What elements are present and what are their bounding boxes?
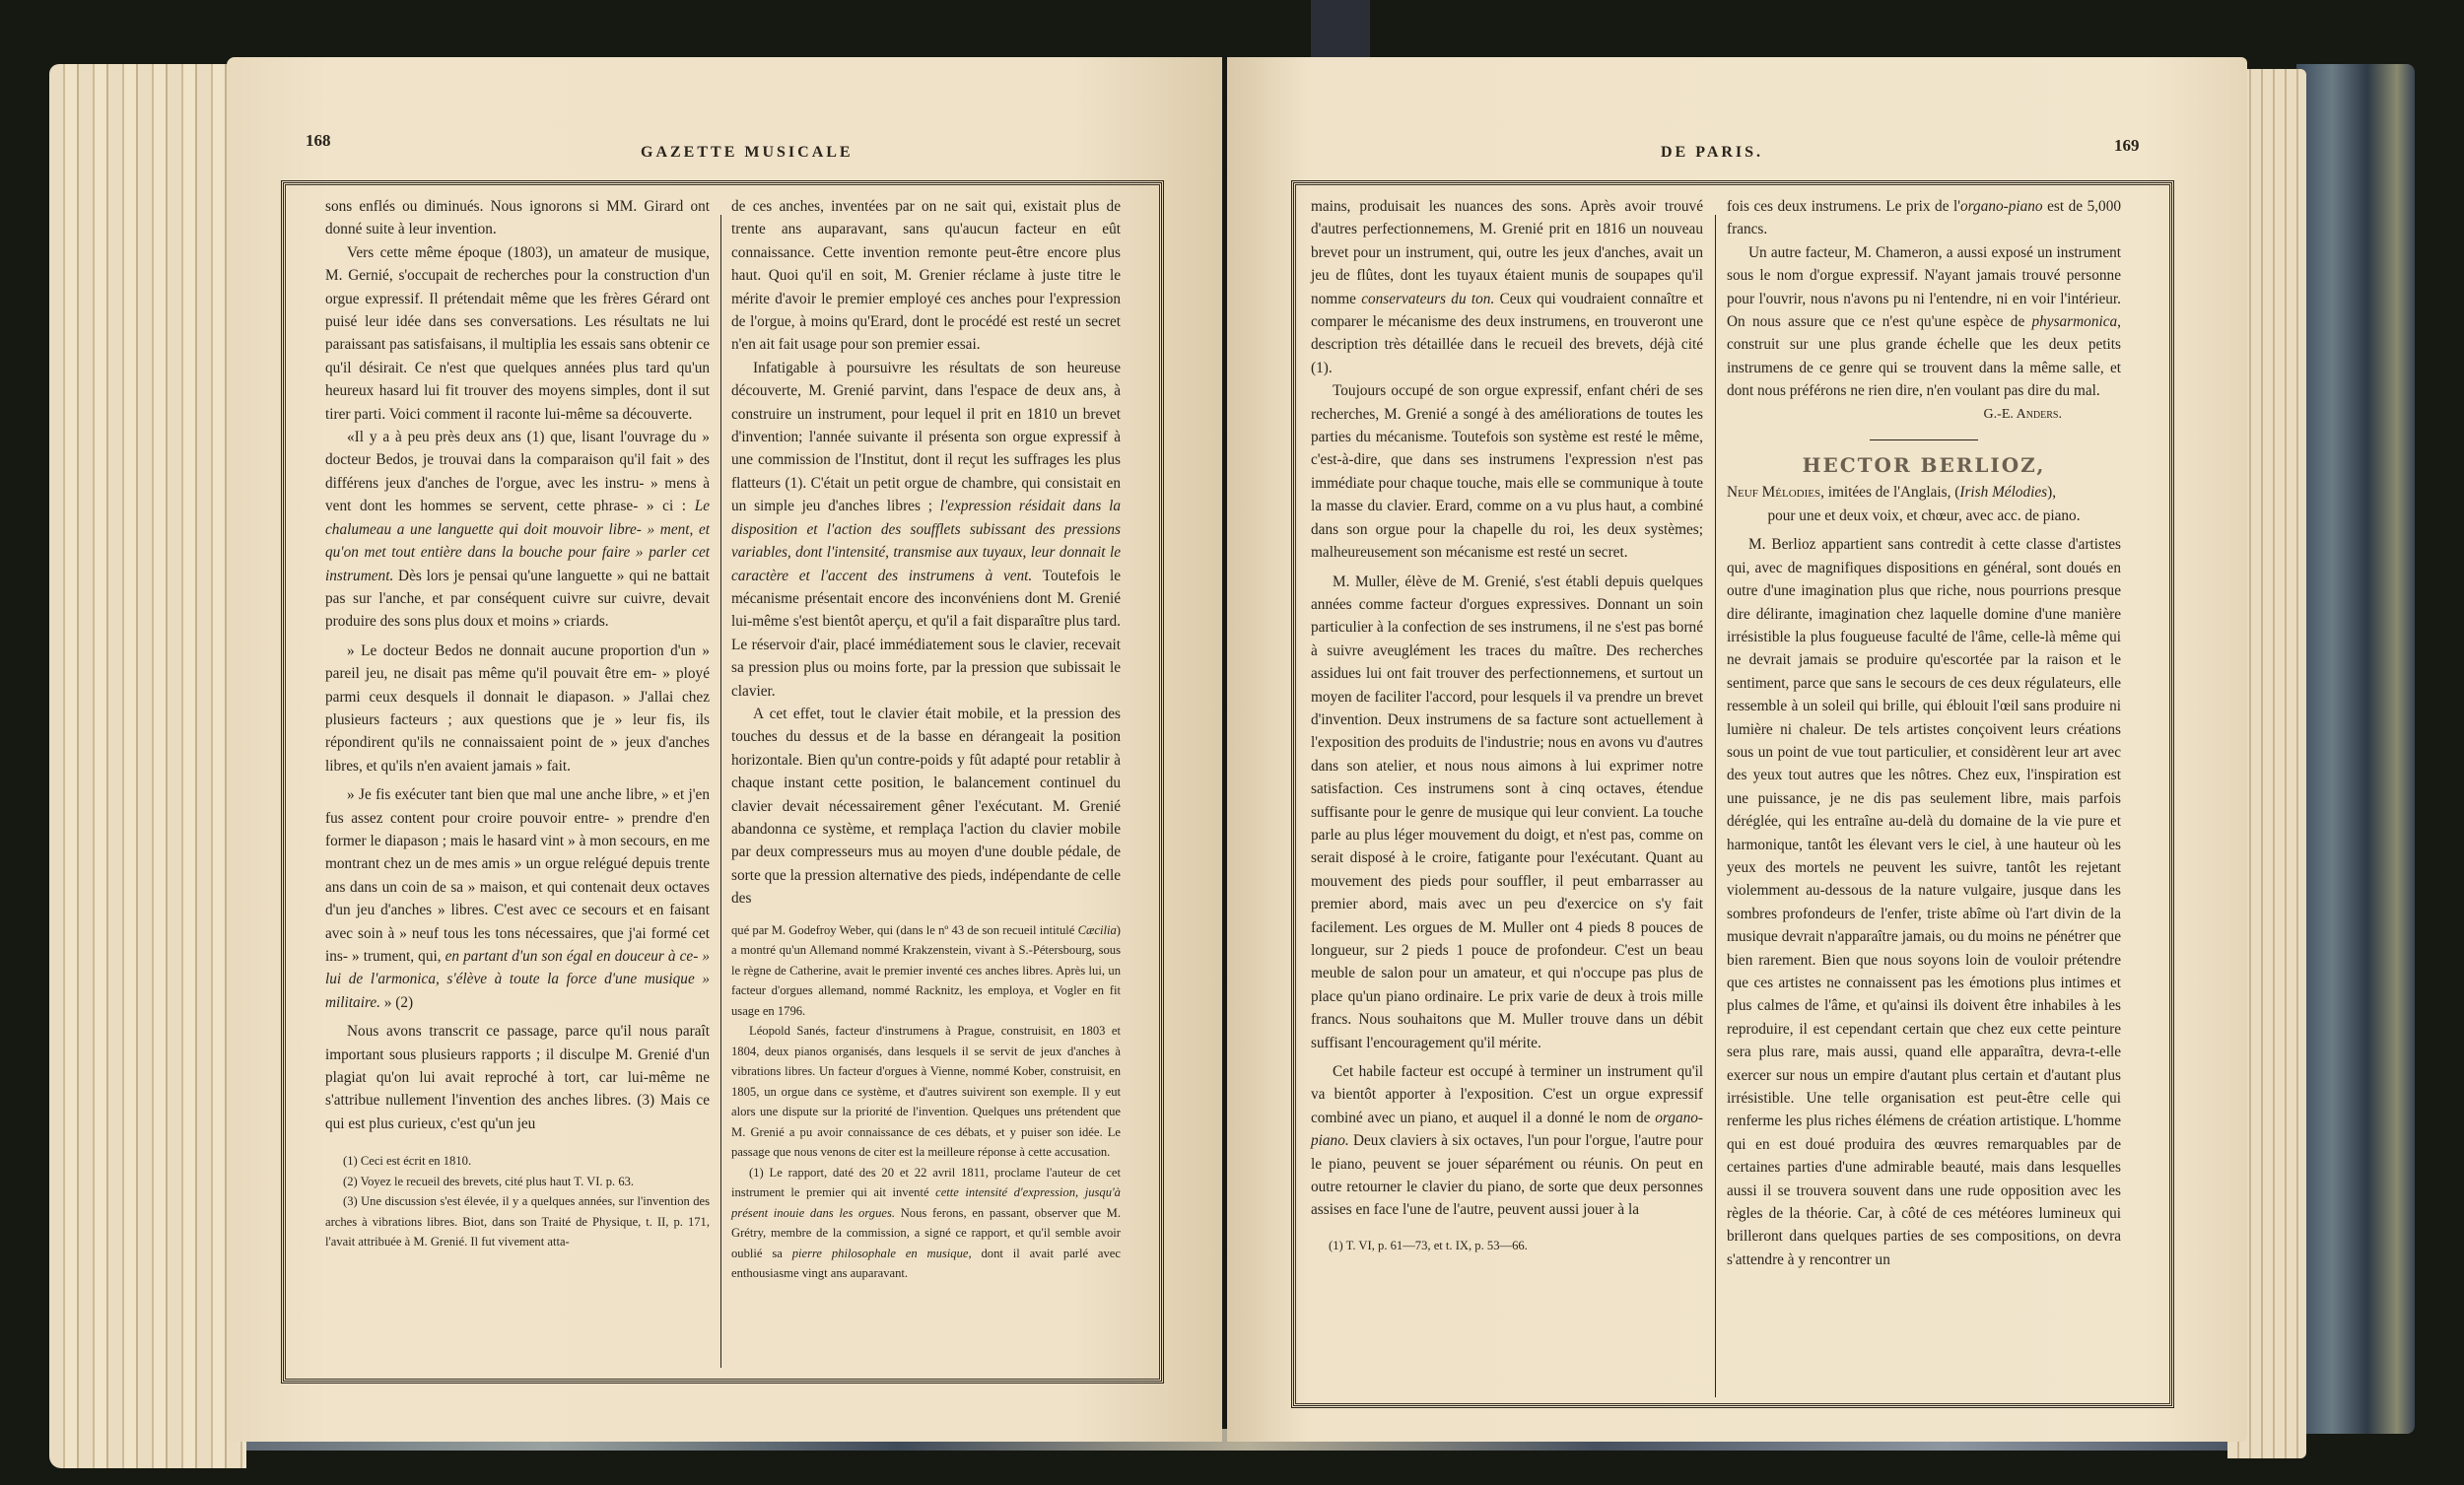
paragraph: Infatigable à poursuivre les résultats d…	[731, 357, 1121, 703]
footnote-continuation: qué par M. Godefroy Weber, qui (dans le …	[731, 920, 1121, 1022]
column-2: fois ces deux instrumens. Le prix de l'o…	[1727, 195, 2121, 1271]
quote-paragraph: » Le docteur Bedos ne donnait aucune pro…	[325, 640, 710, 777]
footnote: (1) Le rapport, daté des 20 et 22 avril …	[731, 1163, 1121, 1284]
paragraph: M. Berlioz appartient sans contredit à c…	[1727, 533, 2121, 1271]
paragraph: Nous avons transcrit ce passage, parce q…	[325, 1020, 710, 1135]
page-number: 168	[306, 131, 331, 151]
article-subtitle: Neuf Mélodies, imitées de l'Anglais, (Ir…	[1727, 481, 2121, 504]
running-head: DE PARIS.	[1661, 144, 1763, 162]
column-1: mains, produisait les nuances des sons. …	[1311, 195, 1703, 1255]
paragraph: Cet habile facteur est occupé à terminer…	[1311, 1060, 1703, 1222]
paragraph: A cet effet, tout le clavier était mobil…	[731, 703, 1121, 911]
page-number: 169	[2114, 136, 2140, 156]
footnote-continuation: Léopold Sanés, facteur d'instrumens à Pr…	[731, 1021, 1121, 1163]
paragraph: sons enflés ou diminués. Nous ignorons s…	[325, 195, 710, 241]
paragraph: Vers cette même époque (1803), un amateu…	[325, 241, 710, 426]
column-1: sons enflés ou diminués. Nous ignorons s…	[325, 195, 710, 1252]
footnote: (2) Voyez le recueil des brevets, cité p…	[325, 1172, 710, 1192]
article-subtitle: pour une et deux voix, et chœur, avec ac…	[1727, 505, 2121, 527]
footnotes: (1) Ceci est écrit en 1810. (2) Voyez le…	[325, 1151, 710, 1252]
section-divider	[1870, 439, 1978, 440]
left-page: 168 GAZETTE MUSICALE sons enflés ou dimi…	[227, 57, 1222, 1442]
paragraph: de ces anches, inventées par on ne sait …	[731, 195, 1121, 357]
footnotes: (1) T. VI, p. 61—73, et t. IX, p. 53—66.	[1311, 1236, 1703, 1256]
paragraph: mains, produisait les nuances des sons. …	[1311, 195, 1703, 379]
article-heading: HECTOR BERLIOZ,	[1727, 454, 2121, 477]
column-rule	[1715, 215, 1716, 1397]
right-page: DE PARIS. 169 mains, produisait les nuan…	[1227, 57, 2247, 1442]
running-head: GAZETTE MUSICALE	[641, 144, 854, 162]
footnotes: qué par M. Godefroy Weber, qui (dans le …	[731, 920, 1121, 1284]
page-stack-left	[49, 64, 246, 1468]
footnote: (1) T. VI, p. 61—73, et t. IX, p. 53—66.	[1311, 1236, 1703, 1256]
column-2: de ces anches, inventées par on ne sait …	[731, 195, 1121, 1284]
column-rule	[720, 215, 721, 1368]
paragraph: Un autre facteur, M. Chameron, a aussi e…	[1727, 241, 2121, 403]
footnote: (1) Ceci est écrit en 1810.	[325, 1151, 710, 1172]
paragraph: M. Muller, élève de M. Grenié, s'est éta…	[1311, 571, 1703, 1055]
quote-paragraph: «Il y a à peu près deux ans (1) que, lis…	[325, 426, 710, 634]
paragraph: Toujours occupé de son orgue expressif, …	[1311, 379, 1703, 564]
author-signature: G.-E. Anders.	[1727, 403, 2121, 426]
paragraph: fois ces deux instrumens. Le prix de l'o…	[1727, 195, 2121, 241]
book-cover-marbled	[2296, 64, 2415, 1434]
quote-paragraph: » Je fis exécuter tant bien que mal une …	[325, 783, 710, 1014]
footnote: (3) Une discussion s'est élevée, il y a …	[325, 1191, 710, 1252]
